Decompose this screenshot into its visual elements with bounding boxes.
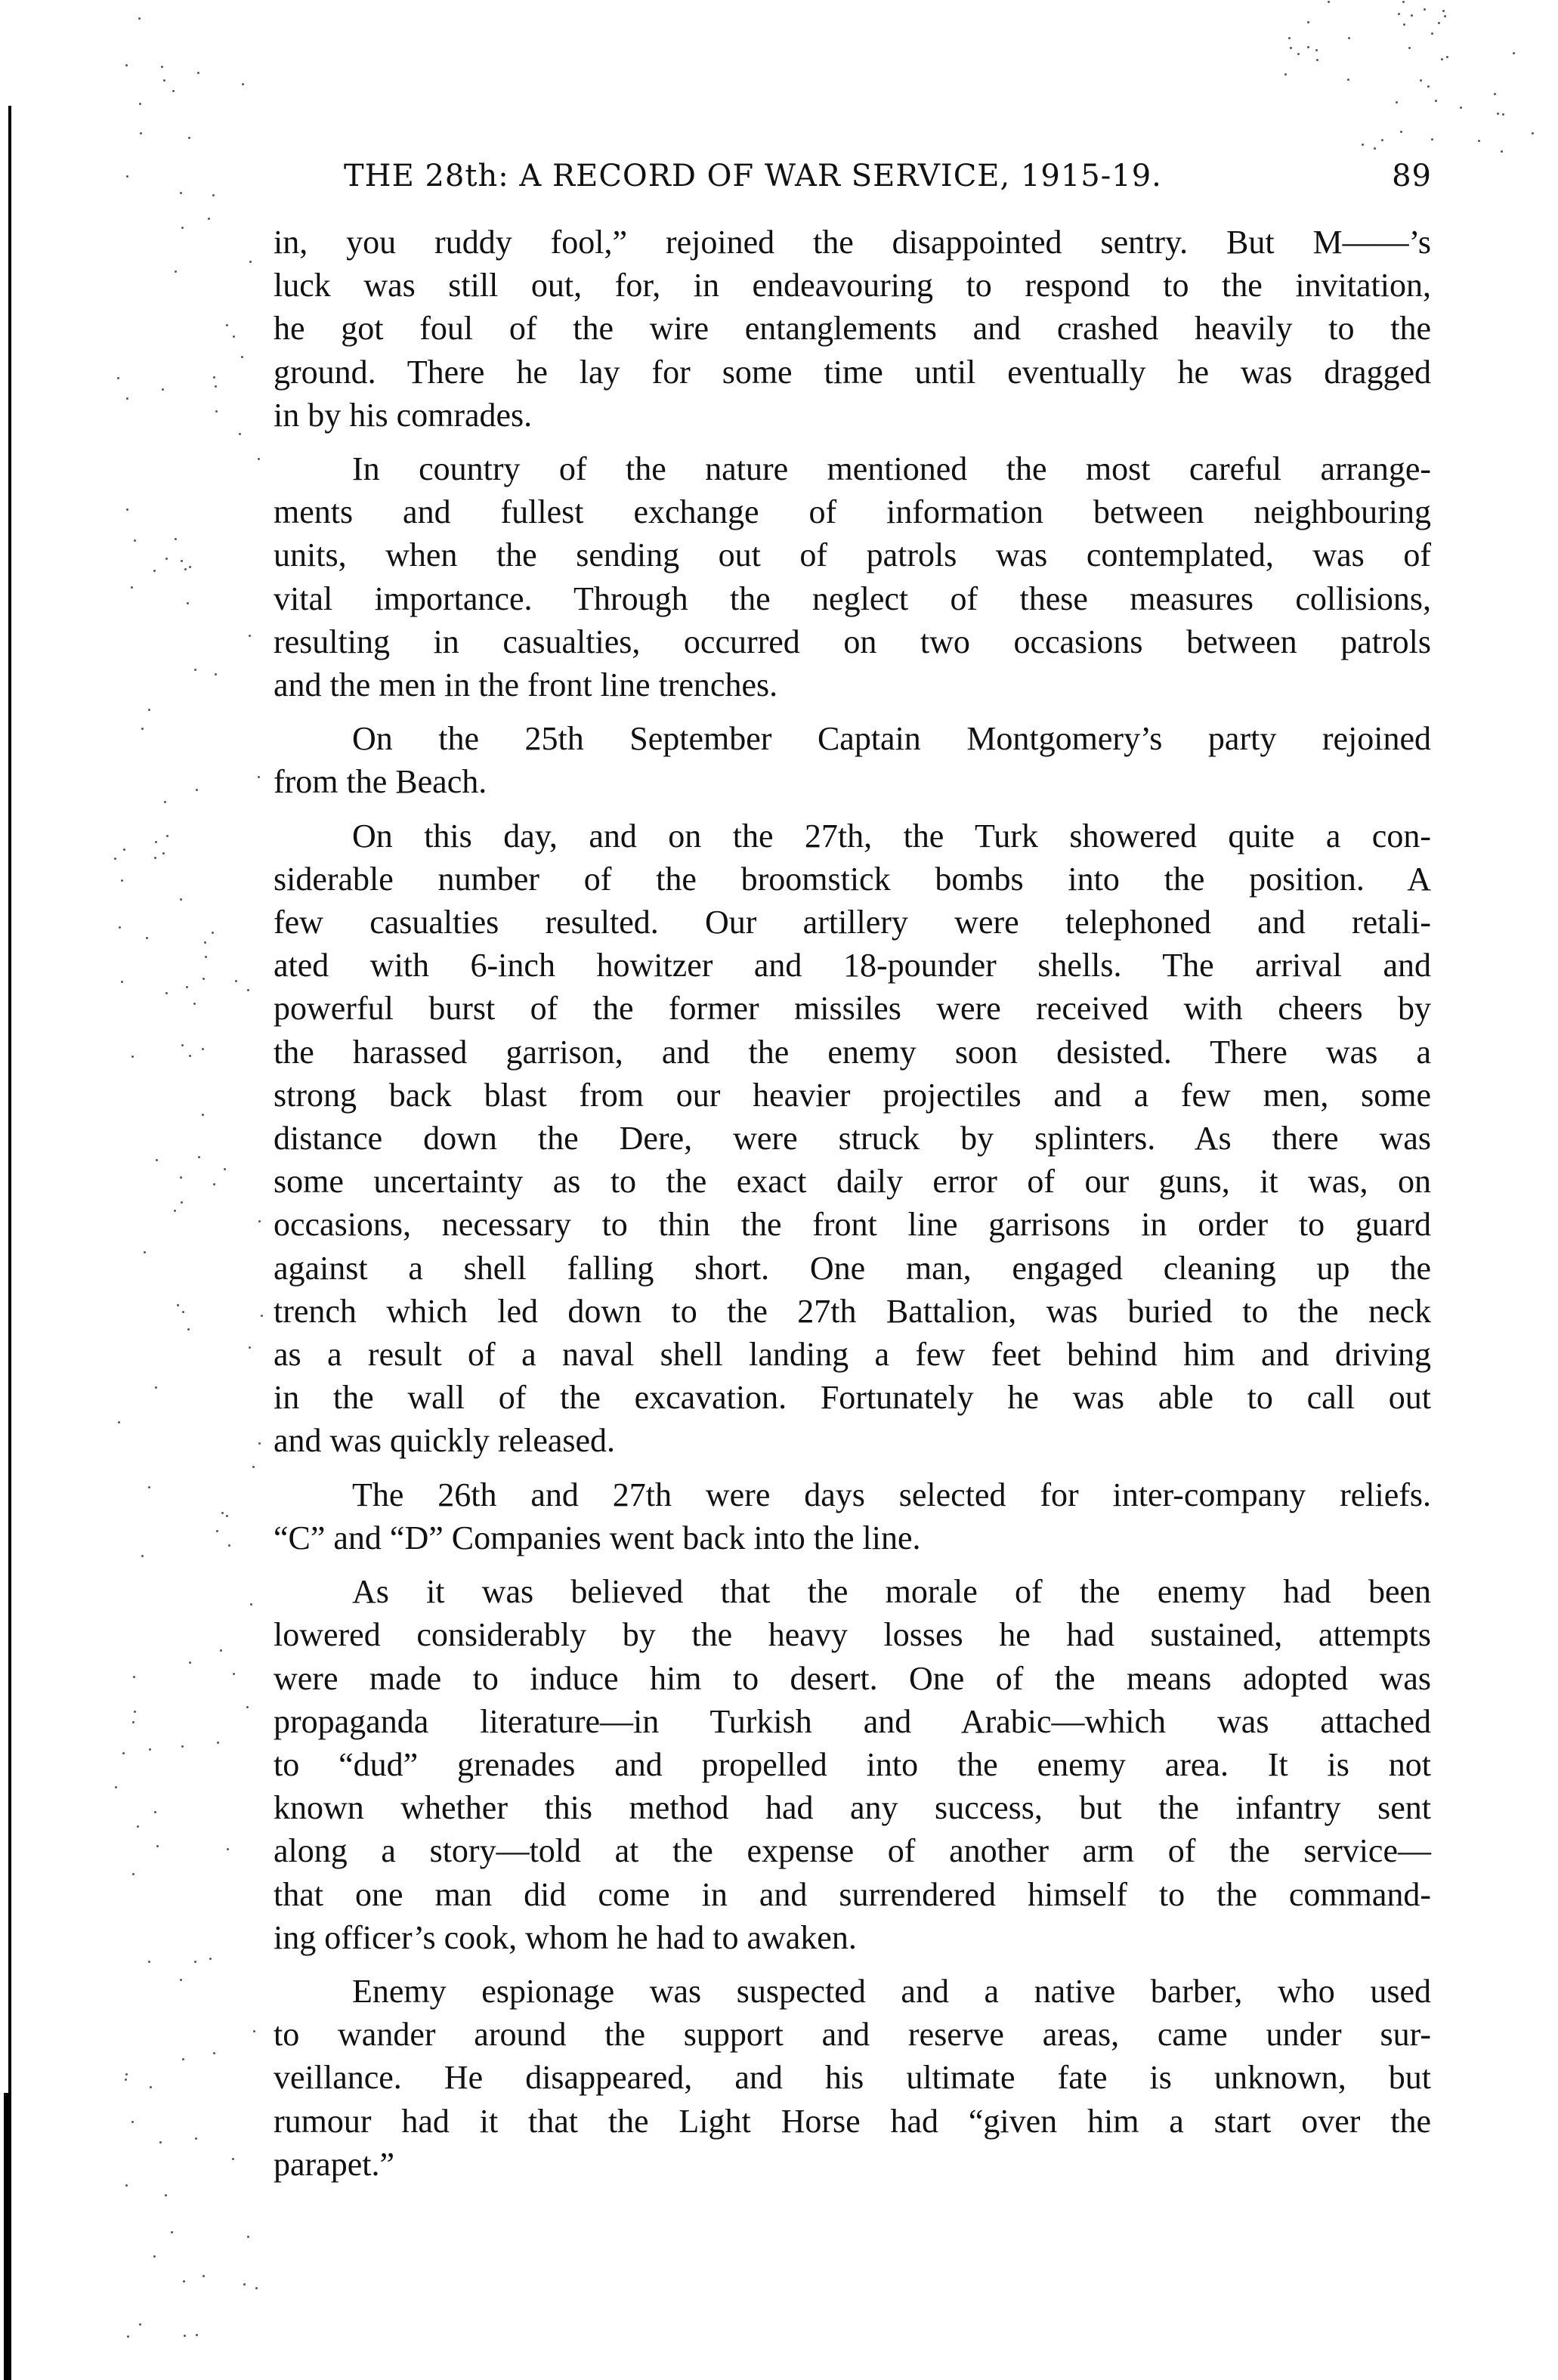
running-head: THE 28th: A RECORD OF WAR SERVICE, 1915-… xyxy=(344,159,1432,204)
text-line: The 26th and 27th were days selected for… xyxy=(274,1473,1431,1516)
paragraph: Enemy espionage was suspected and a nati… xyxy=(274,1970,1431,2186)
text-line: luck was still out, for, in endeavouring… xyxy=(274,264,1431,307)
text-line: and was quickly released. xyxy=(274,1419,1431,1462)
page-binding-edge xyxy=(8,106,11,2380)
text-line: rumour had it that the Light Horse had “… xyxy=(274,2100,1431,2143)
text-line: ing officer’s cook, whom he had to awake… xyxy=(274,1916,1431,1959)
text-line: against a shell falling short. One man, … xyxy=(274,1247,1431,1290)
paragraph: in, you ruddy fool,” rejoined the disapp… xyxy=(274,221,1431,437)
text-line: parapet.” xyxy=(274,2143,1431,2186)
text-line: On the 25th September Captain Montgomery… xyxy=(274,717,1431,760)
text-line: that one man did come in and surrendered… xyxy=(274,1873,1431,1916)
text-line: trench which led down to the 27th Battal… xyxy=(274,1290,1431,1333)
paragraph: As it was believed that the morale of th… xyxy=(274,1570,1431,1959)
text-line: ated with 6-inch howitzer and 18-pounder… xyxy=(274,944,1431,987)
running-head-title: THE 28th: A RECORD OF WAR SERVICE, 1915-… xyxy=(344,159,1162,193)
text-line: siderable number of the broomstick bombs… xyxy=(274,858,1431,901)
text-line: vital importance. Through the neglect of… xyxy=(274,577,1431,620)
text-line: in, you ruddy fool,” rejoined the disapp… xyxy=(274,221,1431,264)
text-line: veillance. He disappeared, and his ultim… xyxy=(274,2056,1431,2099)
text-line: to “dud” grenades and propelled into the… xyxy=(274,1743,1431,1786)
text-line: Enemy espionage was suspected and a nati… xyxy=(274,1970,1431,2013)
text-line: to wander around the support and reserve… xyxy=(274,2013,1431,2056)
text-line: In country of the nature mentioned the m… xyxy=(274,447,1431,490)
page-number: 89 xyxy=(1392,159,1432,193)
text-line: On this day, and on the 27th, the Turk s… xyxy=(274,814,1431,858)
page-binding-edge-lower xyxy=(4,2093,11,2380)
text-line: resulting in casualties, occurred on two… xyxy=(274,620,1431,663)
text-line: occasions, necessary to thin the front l… xyxy=(274,1203,1431,1246)
text-line: in the wall of the excavation. Fortunate… xyxy=(274,1376,1431,1419)
body-text: in, you ruddy fool,” rejoined the disapp… xyxy=(274,221,1431,2196)
text-line: “C” and “D” Companies went back into the… xyxy=(274,1516,1431,1559)
text-line: distance down the Dere, were struck by s… xyxy=(274,1117,1431,1160)
text-line: some uncertainty as to the exact daily e… xyxy=(274,1160,1431,1203)
text-line: from the Beach. xyxy=(274,760,1431,803)
text-line: and the men in the front line trenches. xyxy=(274,663,1431,706)
text-line: ments and fullest exchange of informatio… xyxy=(274,490,1431,533)
text-line: units, when the sending out of patrols w… xyxy=(274,533,1431,576)
text-line: powerful burst of the former missiles we… xyxy=(274,987,1431,1030)
text-line: he got foul of the wire entanglements an… xyxy=(274,307,1431,350)
text-line: ground. There he lay for some time until… xyxy=(274,351,1431,394)
text-line: lowered considerably by the heavy losses… xyxy=(274,1613,1431,1656)
text-line: As it was believed that the morale of th… xyxy=(274,1570,1431,1613)
paragraph: The 26th and 27th were days selected for… xyxy=(274,1473,1431,1559)
text-line: propaganda literature—in Turkish and Ara… xyxy=(274,1700,1431,1743)
text-line: known whether this method had any succes… xyxy=(274,1786,1431,1829)
text-line: were made to induce him to desert. One o… xyxy=(274,1657,1431,1700)
paragraph: On this day, and on the 27th, the Turk s… xyxy=(274,814,1431,1463)
paragraph: On the 25th September Captain Montgomery… xyxy=(274,717,1431,803)
text-line: along a story—told at the expense of ano… xyxy=(274,1829,1431,1872)
text-line: few casualties resulted. Our artillery w… xyxy=(274,901,1431,944)
text-line: as a result of a naval shell landing a f… xyxy=(274,1333,1431,1376)
text-line: strong back blast from our heavier proje… xyxy=(274,1074,1431,1117)
text-line: the harassed garrison, and the enemy soo… xyxy=(274,1031,1431,1074)
text-line: in by his comrades. xyxy=(274,394,1431,437)
paragraph: In country of the nature mentioned the m… xyxy=(274,447,1431,706)
